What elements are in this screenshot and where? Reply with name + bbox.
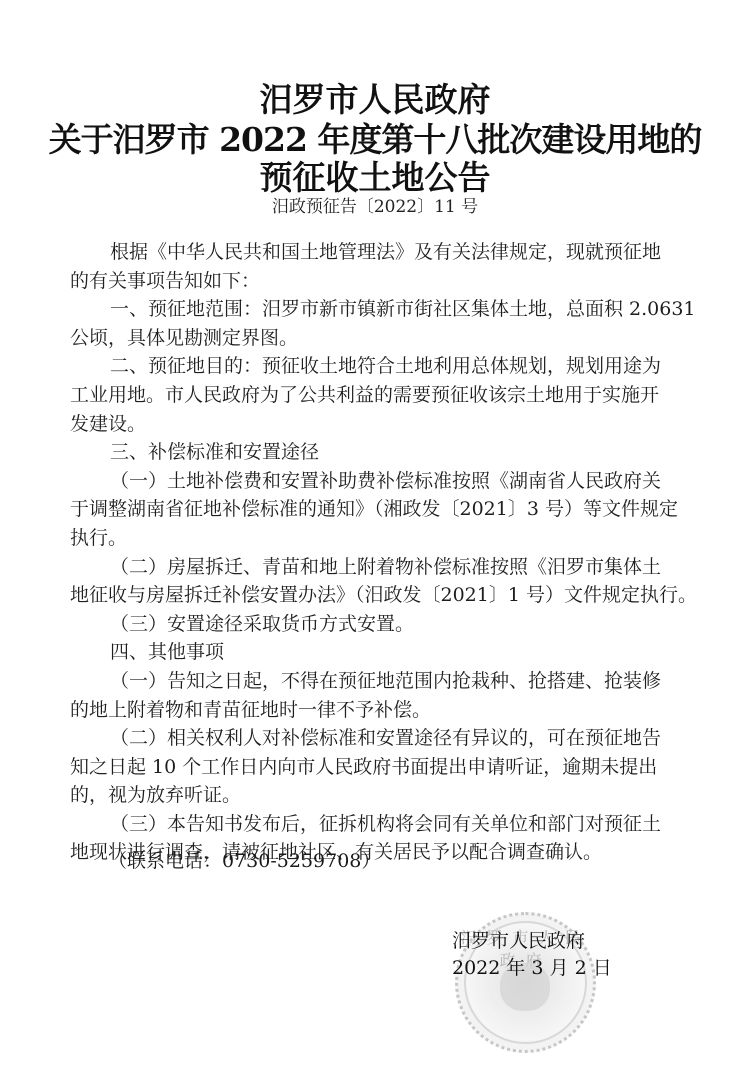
- body-line: 发建设。: [70, 410, 685, 439]
- body-line: （二）相关权利人对补偿标准和安置途径有异议的，可在预征地告: [70, 724, 685, 753]
- body-line: 执行。: [70, 524, 685, 553]
- body-line: 一、预征地范围：汨罗市新市镇新市街社区集体土地，总面积 2.0631: [70, 295, 685, 324]
- contact-phone: （联系电话：0730-5259708）: [108, 848, 380, 874]
- body-line: 于调整湖南省征地补偿标准的通知》（湘政发〔2021〕3 号）等文件规定: [70, 495, 685, 524]
- issuing-organization: 汨罗市人民政府: [452, 928, 612, 955]
- body-line: 知之日起 10 个工作日内向市人民政府书面提出申请听证，逾期未提出: [70, 753, 685, 782]
- body-line: 地征收与房屋拆迁补偿安置办法》（汨政发〔2021〕1 号）文件规定执行。: [70, 581, 685, 610]
- body-line: 二、预征地目的：预征收土地符合土地利用总体规划，规划用途为: [70, 352, 685, 381]
- title-line-2: 关于汨罗市 2022 年度第十八批次建设用地的: [0, 120, 750, 160]
- body-line: 根据《中华人民共和国土地管理法》及有关法律规定，现就预征地: [70, 238, 685, 267]
- body-line: （二）房屋拆迁、青苗和地上附着物补偿标准按照《汨罗市集体土: [70, 553, 685, 582]
- body-line: （一）告知之日起，不得在预征地范围内抢栽种、抢搭建、抢装修: [70, 667, 685, 696]
- title-line-1: 汨罗市人民政府: [0, 80, 750, 120]
- body-line: 的有关事项告知如下：: [70, 267, 685, 296]
- body-line: 的地上附着物和青苗征地时一律不予补偿。: [70, 696, 685, 725]
- document-number: 汨政预征告〔2022〕11 号: [0, 196, 750, 218]
- issue-date: 2022 年 3 月 2 日: [452, 955, 612, 982]
- body-line: 的，视为放弃听证。: [70, 781, 685, 810]
- title-line-3: 预征收土地公告: [0, 158, 750, 198]
- body-line: （三）本告知书发布后，征拆机构将会同有关单位和部门对预征土: [70, 810, 685, 839]
- body-line: （三）安置途径采取货币方式安置。: [70, 610, 685, 639]
- body-line: （一）土地补偿费和安置补助费补偿标准按照《湖南省人民政府关: [70, 467, 685, 496]
- section-heading: 三、补偿标准和安置途径: [70, 438, 685, 467]
- body-line: 工业用地。市人民政府为了公共利益的需要预征收该宗土地用于实施开: [70, 381, 685, 410]
- notice-body: 根据《中华人民共和国土地管理法》及有关法律规定，现就预征地 的有关事项告知如下：…: [70, 238, 685, 867]
- section-heading: 四、其他事项: [70, 638, 685, 667]
- signature-block: 汨罗市人民政府 2022 年 3 月 2 日: [452, 928, 612, 982]
- body-line: 公顷，具体见勘测定界图。: [70, 324, 685, 353]
